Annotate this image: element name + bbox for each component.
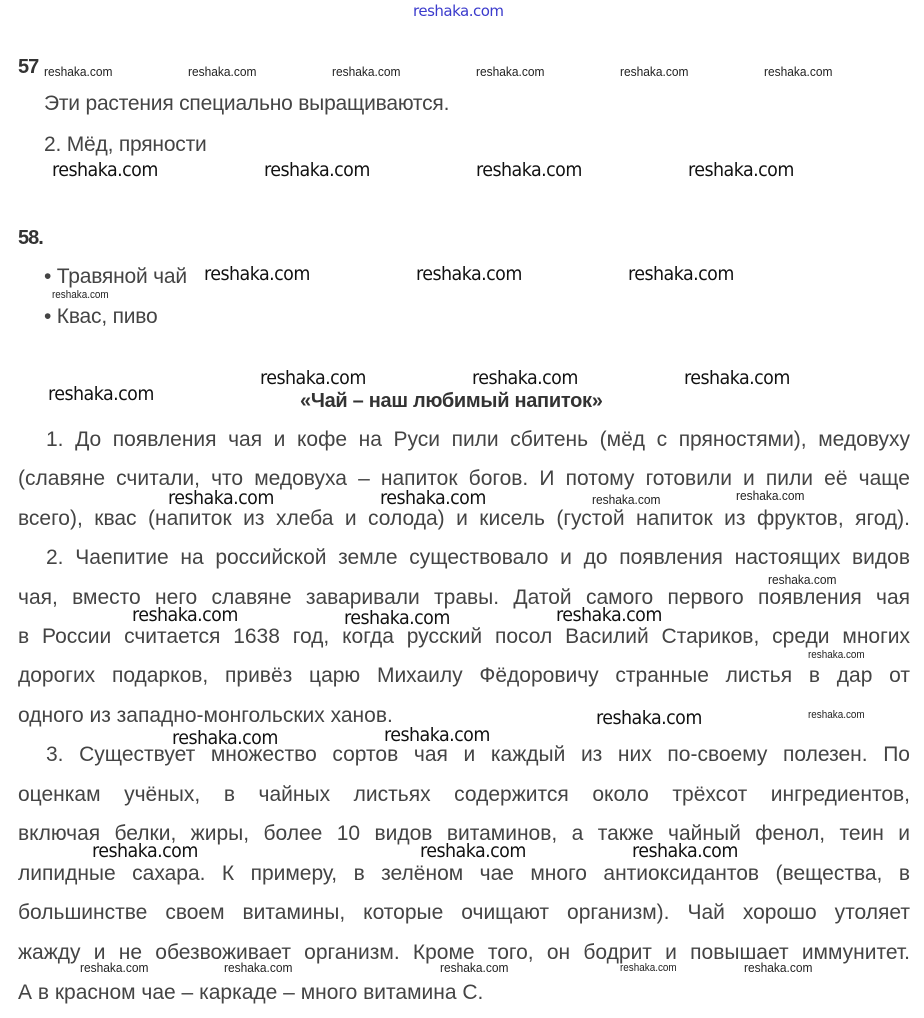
essay-title: «Чай – наш любимый напиток» <box>300 390 603 413</box>
watermark: reshaka.com <box>476 64 544 79</box>
essay-line: А в красном чае – каркаде – много витами… <box>18 981 483 1005</box>
watermark: reshaka.com <box>596 707 702 729</box>
watermark: reshaka.com <box>52 159 158 181</box>
watermark: reshaka.com <box>472 367 578 389</box>
watermark: reshaka.com <box>620 64 688 79</box>
task57-answer-2: 2. Мёд, пряности <box>44 133 207 157</box>
watermark: reshaka.com <box>632 840 738 862</box>
watermark: reshaka.com <box>736 488 804 503</box>
watermark: reshaka.com <box>808 709 865 721</box>
essay-line: липидные сахара. К примеру, в зелёном ча… <box>18 862 910 886</box>
watermark: reshaka.com <box>620 962 677 974</box>
essay-line: дорогих подарков, привёз царю Михаилу Фё… <box>18 664 910 688</box>
watermark: reshaka.com <box>440 960 508 975</box>
watermark: reshaka.com <box>52 289 109 301</box>
watermark: reshaka.com <box>264 159 370 181</box>
task-number-58: 58. <box>18 227 43 250</box>
task57-answer-1: Эти растения специально выращиваются. <box>44 92 449 116</box>
essay-line: всего), квас (напиток из хлеба и солода)… <box>18 507 910 531</box>
watermark: reshaka.com <box>688 159 794 181</box>
watermark: reshaka.com <box>684 367 790 389</box>
task58-bullet-2: • Квас, пиво <box>44 305 158 329</box>
essay-line: одного из западно-монгольских ханов. <box>18 704 393 728</box>
watermark: reshaka.com <box>380 487 486 509</box>
watermark: reshaka.com <box>132 604 238 626</box>
watermark: reshaka.com <box>80 960 148 975</box>
watermark: reshaka.com <box>204 263 310 285</box>
essay-line: оценкам учёных, в чайных листьях содержи… <box>18 783 910 807</box>
task-number-57: 57 <box>18 56 38 79</box>
essay-line: большинстве своем витамины, которые очищ… <box>18 901 910 925</box>
watermark: reshaka.com <box>224 960 292 975</box>
task58-bullet-1: • Травяной чай <box>44 265 187 289</box>
watermark: reshaka.com <box>416 263 522 285</box>
watermark: reshaka.com <box>420 840 526 862</box>
site-watermark: reshaka.com <box>413 2 504 20</box>
watermark: reshaka.com <box>628 263 734 285</box>
watermark: reshaka.com <box>808 649 865 661</box>
essay-line: в России считается 1638 год, когда русск… <box>18 625 910 649</box>
essay-line: 3. Существует множество сортов чая и каж… <box>46 743 910 767</box>
watermark: reshaka.com <box>48 383 154 405</box>
watermark: reshaka.com <box>44 64 112 79</box>
watermark: reshaka.com <box>768 572 836 587</box>
watermark: reshaka.com <box>764 64 832 79</box>
watermark: reshaka.com <box>476 159 582 181</box>
watermark: reshaka.com <box>92 840 198 862</box>
watermark: reshaka.com <box>744 960 812 975</box>
essay-line: 1. До появления чая и кофе на Руси пили … <box>46 428 910 452</box>
watermark: reshaka.com <box>592 492 660 507</box>
watermark: reshaka.com <box>188 64 256 79</box>
watermark: reshaka.com <box>556 604 662 626</box>
watermark: reshaka.com <box>260 367 366 389</box>
watermark: reshaka.com <box>332 64 400 79</box>
essay-line: 2. Чаепитие на российской земле существо… <box>46 546 910 570</box>
watermark: reshaka.com <box>168 487 274 509</box>
